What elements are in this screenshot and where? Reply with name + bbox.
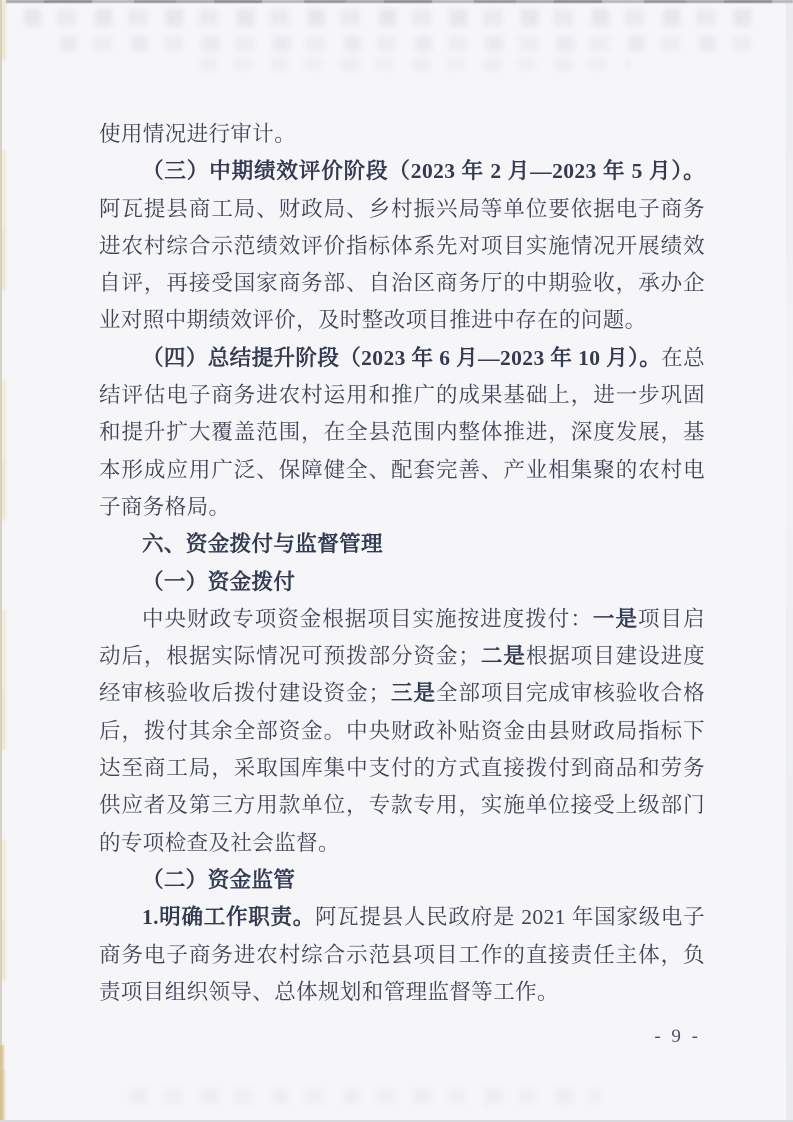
scanned-document-page: 使用情况进行审计。 （三）中期绩效评价阶段（2023 年 2 月—2023 年 … <box>0 0 793 1122</box>
paragraph-fund-allocation-detail: 中央财政专项资金根据项目实施按进度拨付：一是项目启动后，根据实际情况可预拨部分资… <box>99 601 705 862</box>
text-run-bold: （二）资金监管 <box>142 868 295 892</box>
scan-bleedthrough-bottom <box>130 1088 600 1105</box>
scan-bleedthrough-top-2 <box>60 36 753 51</box>
text-run-bold: 六、资金拨付与监督管理 <box>142 532 383 556</box>
text-run: 阿瓦提县商工局、财政局、乡村振兴局等单位要依据电子商务进农村综合示范绩效评价指标… <box>99 197 705 333</box>
text-run-bold: 1.明确工作职责。 <box>142 905 315 929</box>
paragraph-clarify-responsibilities: 1.明确工作职责。阿瓦提县人民政府是 2021 年国家级电子商务电子商务进农村综… <box>99 899 705 1011</box>
scan-bleedthrough-top-3 <box>200 58 630 71</box>
text-run: 使用情况进行审计。 <box>99 122 296 146</box>
scan-edge-left-warm-tint <box>1 0 6 1122</box>
subheading-fund-supervision: （二）资金监管 <box>99 862 705 899</box>
text-run: 全部项目完成审核验收合格后，拨付其余全部资金。中央财政补贴资金由县财政局指标下达… <box>99 681 705 854</box>
paragraph-continuation-audit: 使用情况进行审计。 <box>99 116 705 153</box>
scan-bleedthrough-top-1 <box>24 9 765 26</box>
paragraph-midterm-evaluation-stage: （三）中期绩效评价阶段（2023 年 2 月—2023 年 5 月）。阿瓦提县商… <box>99 153 705 339</box>
text-run-bold: （四）总结提升阶段（2023 年 6 月—2023 年 10 月）。 <box>142 346 661 370</box>
text-run-bold: 二是 <box>480 644 526 668</box>
scan-edge-right-shade <box>786 0 793 1122</box>
heading-section-six-fund-allocation-supervision: 六、资金拨付与监督管理 <box>99 526 705 563</box>
page-number: - 9 - <box>654 1026 701 1048</box>
text-run-bold: （三）中期绩效评价阶段（2023 年 2 月—2023 年 5 月）。 <box>142 159 705 183</box>
document-body: 使用情况进行审计。 （三）中期绩效评价阶段（2023 年 2 月—2023 年 … <box>99 116 705 1011</box>
paragraph-summary-improvement-stage: （四）总结提升阶段（2023 年 6 月—2023 年 10 月）。在总结评估电… <box>99 340 705 526</box>
text-run-bold: （一）资金拨付 <box>142 570 295 594</box>
text-run-bold: 三是 <box>390 681 436 705</box>
scan-edge-top <box>6 0 793 3</box>
text-run: 中央财政专项资金根据项目实施按进度拨付： <box>142 607 593 631</box>
scan-edge-left-corner-tint <box>0 1045 4 1122</box>
text-run-bold: 一是 <box>593 607 638 631</box>
subheading-fund-allocation: （一）资金拨付 <box>99 564 705 601</box>
text-run: 在总结评估电子商务进农村运用和推广的成果基础上，进一步巩固和提升扩大覆盖范围，在… <box>99 346 705 519</box>
